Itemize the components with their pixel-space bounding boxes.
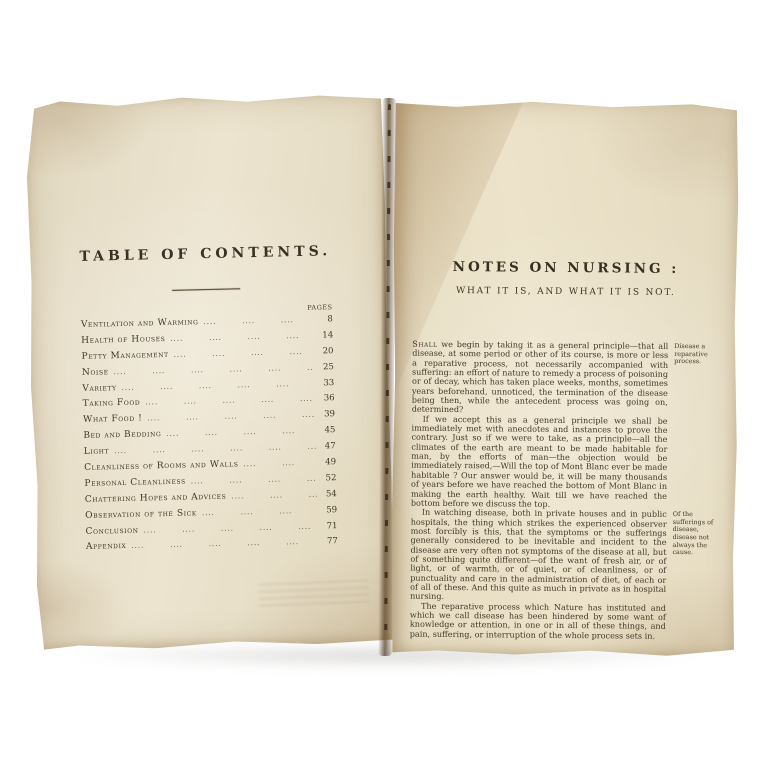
toc-entry-label: Conclusion <box>85 525 138 536</box>
toc-divider-rule <box>172 288 240 291</box>
toc-leader-dots: .... .... .... .... .... .... <box>186 475 317 486</box>
paragraph-text: The reparative process which Nature has … <box>410 600 666 640</box>
toc-page-number: 47 <box>316 441 336 451</box>
body-paragraph: In watching disease, both in private hou… <box>410 508 667 604</box>
toc-page-number: 8 <box>313 314 333 324</box>
toc-leader-dots: .... .... .... .... .... .... <box>117 379 315 391</box>
toc-entry-label: Petty Management <box>82 350 169 362</box>
show-through-texture <box>259 579 370 609</box>
toc-leader-dots: .... .... .... .... .... .... <box>226 490 317 500</box>
table-of-contents: TABLE OF CONTENTS. PAGES Ventilation and… <box>24 92 394 559</box>
toc-leader-dots: .... .... .... .... .... .... <box>165 332 313 343</box>
spine-stitching <box>384 104 391 650</box>
left-page: TABLE OF CONTENTS. PAGES Ventilation and… <box>24 92 396 652</box>
toc-leader-dots: .... .... .... .... .... .... <box>197 506 317 517</box>
toc-page-number: 52 <box>316 473 336 483</box>
toc-leader-dots: .... .... .... .... .... .... <box>169 347 314 358</box>
toc-page-number: 45 <box>315 425 335 435</box>
toc-page-number: 59 <box>317 505 337 515</box>
body-paragraph: The reparative process which Nature has … <box>410 601 666 641</box>
toc-title: TABLE OF CONTENTS. <box>79 243 331 265</box>
paragraph-text: In watching disease, both in private hou… <box>410 507 667 601</box>
toc-leader-dots: .... .... .... .... .... .... <box>198 316 313 327</box>
toc-entry-label: Cleanliness of Rooms and Walls <box>84 459 239 473</box>
right-page: NOTES ON NURSING : WHAT IT IS, AND WHAT … <box>390 99 741 658</box>
toc-entry-label: Appendix <box>86 541 127 552</box>
toc-page-number: 14 <box>313 330 333 340</box>
chapter-subtitle: WHAT IT IS, AND WHAT IT IS NOT. <box>393 285 739 298</box>
toc-entry-label: Noise <box>82 367 109 378</box>
toc-page-number: 77 <box>318 537 338 547</box>
toc-entry-label: Variety <box>82 383 116 394</box>
toc-page-number: 71 <box>317 521 337 531</box>
toc-entry-label: What Food ! <box>83 414 143 425</box>
toc-leader-dots: .... .... .... .... .... .... <box>126 538 318 550</box>
toc-page-number: 39 <box>315 410 335 420</box>
paragraph-text: If we accept this as a general principle… <box>411 414 668 509</box>
body-paragraph: Shall we begin by taking it as a general… <box>412 340 669 417</box>
toc-page-number: 20 <box>313 346 333 356</box>
toc-entry-label: Bed and Bedding <box>83 429 161 441</box>
toc-entry-label: Chattering Hopes and Advices <box>85 491 227 504</box>
toc-leader-dots: .... .... .... .... .... .... <box>138 522 317 534</box>
toc-entry-label: Light <box>84 446 110 457</box>
chapter-title: NOTES ON NURSING : <box>393 258 739 277</box>
toc-leader-dots: .... .... .... .... .... .... <box>142 411 315 423</box>
body-paragraph: If we accept this as a general principle… <box>411 414 668 510</box>
chapter-opening: NOTES ON NURSING : WHAT IT IS, AND WHAT … <box>390 99 741 642</box>
toc-entry-label: Health of Houses <box>81 334 165 346</box>
toc-leader-dots: .... .... .... .... .... .... <box>140 395 315 407</box>
toc-entry-label: Observation of the Sick <box>85 508 197 521</box>
toc-page-number: 36 <box>315 394 335 404</box>
body-text: Shall we begin by taking it as a general… <box>410 340 669 641</box>
margin-note: Disease a reparative process. <box>674 343 726 366</box>
toc-entry-label: Ventilation and Warming <box>81 317 199 330</box>
toc-page-number: 54 <box>317 489 337 499</box>
toc-entry-label: Personal Cleanliness <box>84 476 186 488</box>
toc-page-number: 33 <box>314 378 334 388</box>
toc-leader-dots: .... .... .... .... .... .... <box>238 459 316 469</box>
margin-note: Of the sufferings of disease, disease no… <box>672 511 724 557</box>
toc-page-number: 49 <box>316 457 336 467</box>
toc-leader-dots: .... .... .... .... .... .... <box>161 427 315 438</box>
toc-entry-label: Taking Food <box>83 398 141 409</box>
toc-page-number: 25 <box>314 362 334 372</box>
paragraph-text: we begin by taking it as a general princ… <box>412 339 669 415</box>
